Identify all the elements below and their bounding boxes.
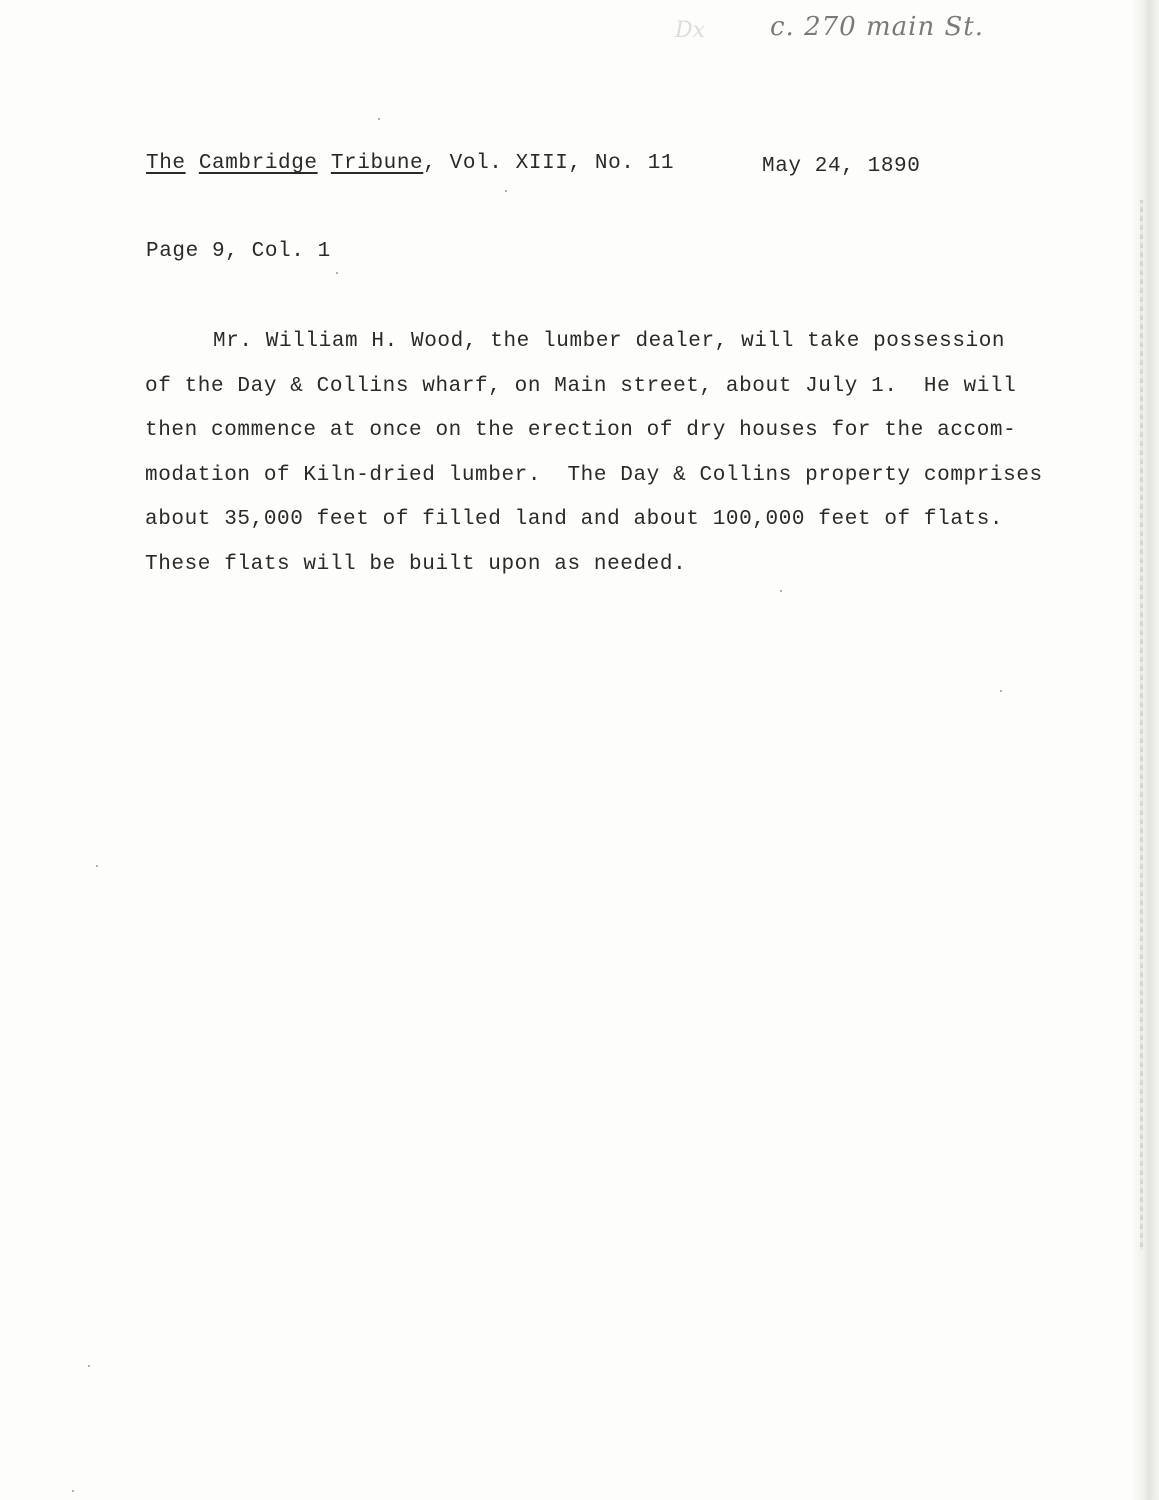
citation-header: The Cambridge Tribune, Vol. XIII, No. 11: [146, 152, 674, 175]
scan-edge-artifact: [1140, 200, 1143, 1250]
dust-speck: [96, 865, 98, 867]
dust-speck: [505, 190, 507, 192]
article-line: These flats will be built upon as needed…: [145, 553, 1085, 598]
dust-speck: [378, 118, 380, 120]
article-line: about 35,000 feet of filled land and abo…: [145, 508, 1085, 553]
dust-speck: [336, 272, 338, 274]
dust-speck: [1000, 690, 1002, 692]
handwritten-address-note: c. 270 main St.: [770, 12, 984, 42]
publication-title-word: Tribune: [331, 152, 423, 175]
volume-number: , Vol. XIII, No. 11: [423, 152, 674, 175]
dust-speck: [72, 1490, 74, 1492]
dust-speck: [88, 1365, 90, 1367]
article-line: of the Day & Collins wharf, on Main stre…: [145, 375, 1085, 420]
article-line: then commence at once on the erection of…: [145, 419, 1085, 464]
page-edge-shadow: [1133, 0, 1159, 1500]
publication-title-word: The: [146, 152, 186, 175]
dust-speck: [780, 590, 782, 592]
page-column-reference: Page 9, Col. 1: [146, 240, 331, 263]
publication-date: May 24, 1890: [762, 155, 920, 178]
article-line: modation of Kiln-dried lumber. The Day &…: [145, 464, 1085, 509]
article-line: Mr. William H. Wood, the lumber dealer, …: [145, 330, 1085, 375]
publication-title-word: Cambridge: [199, 152, 318, 175]
article-body: Mr. William H. Wood, the lumber dealer, …: [145, 330, 1085, 597]
faint-pencil-mark: Dx: [675, 18, 705, 43]
